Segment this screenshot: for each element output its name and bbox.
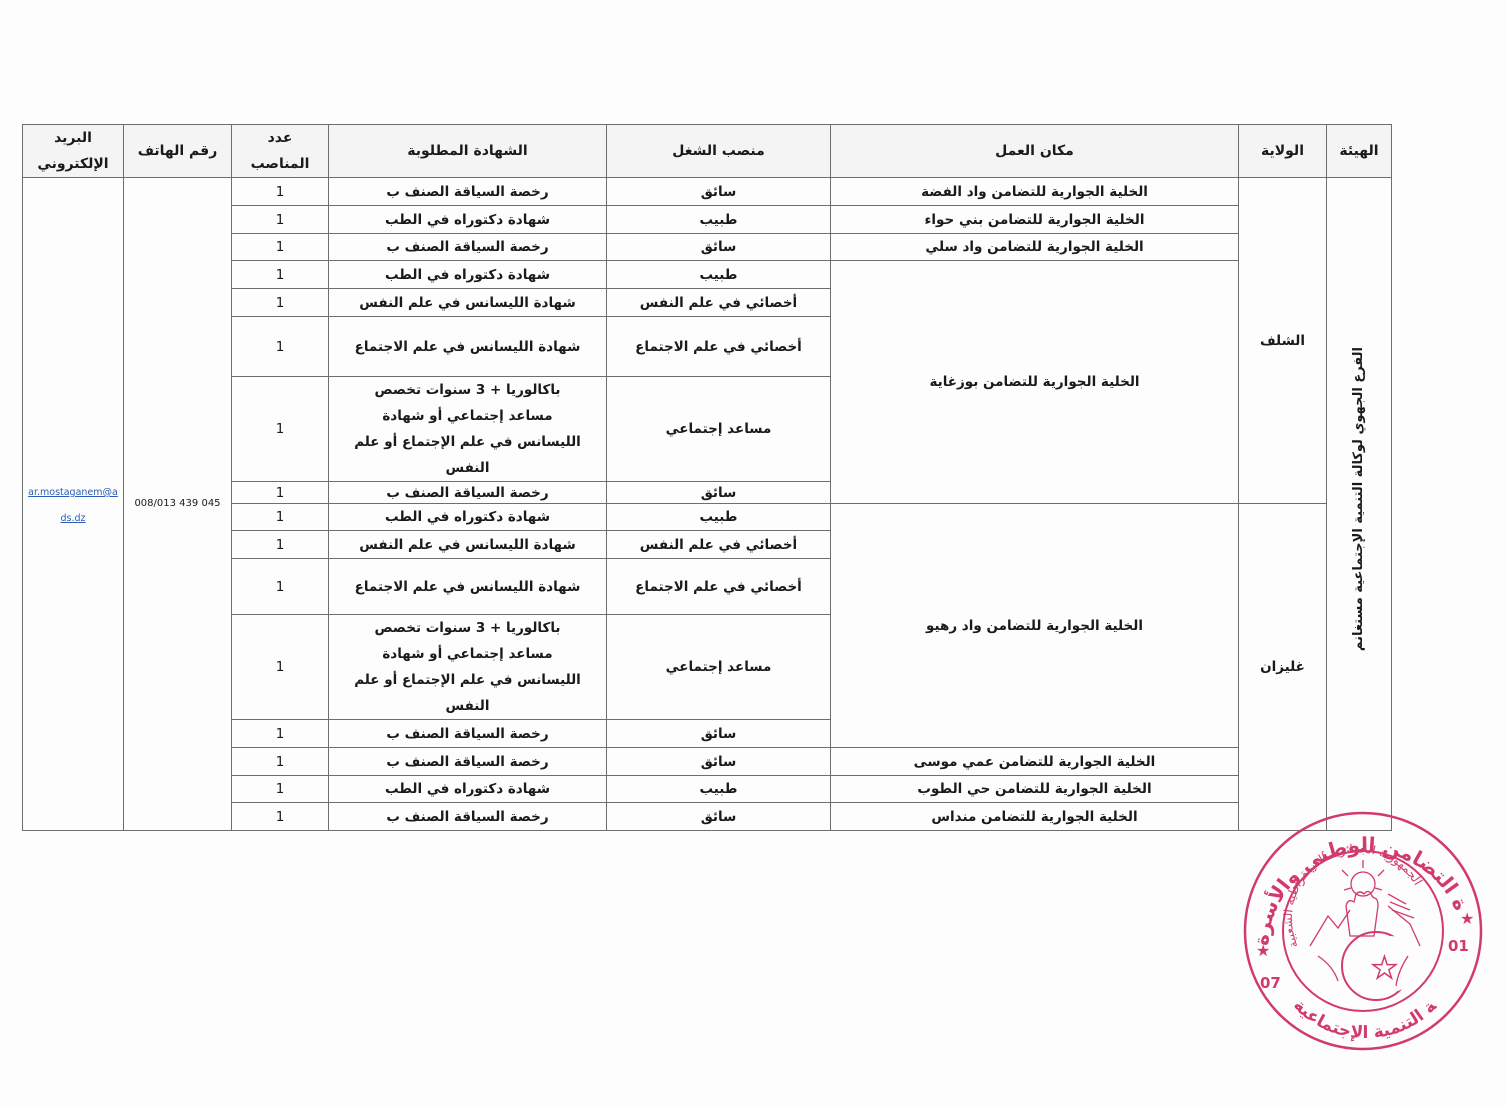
place-cell: الخلية الجوارية للتضامن بوزغاية (831, 261, 1239, 504)
place-cell: الخلية الجوارية للتضامن عمي موسى (831, 748, 1239, 776)
count-cell: 1 (232, 261, 329, 289)
count-cell: 1 (232, 748, 329, 776)
post-cell: طبيب (607, 776, 831, 803)
cert-cell: شهادة دكتوراه في الطب (329, 776, 607, 803)
post-cell: مساعد إجتماعي (607, 377, 831, 482)
count-cell: 1 (232, 504, 329, 531)
job-offers-table: الهيئة الولاية مكان العمل منصب الشغل الش… (22, 124, 1392, 831)
place-cell: الخلية الجوارية للتضامن حي الطوب (831, 776, 1239, 803)
svg-text:★: ★ (1371, 951, 1398, 986)
header-email: البريد الإلكتروني (23, 125, 124, 178)
header-count: عدد المناصب (232, 125, 329, 178)
cert-cell: شهادة دكتوراه في الطب (329, 504, 607, 531)
cert-cell: شهادة الليسانس في علم الاجتماع (329, 317, 607, 377)
org-cell: الفرع الجهوي لوكالة التنمية الإجتماعية م… (1327, 178, 1392, 831)
cert-cell: رخصة السياقة الصنف ب (329, 720, 607, 748)
post-cell: طبيب (607, 261, 831, 289)
post-cell: سائق (607, 178, 831, 206)
cert-cell: رخصة السياقة الصنف ب (329, 234, 607, 261)
count-cell: 1 (232, 234, 329, 261)
count-cell: 1 (232, 531, 329, 559)
wilaya-cell: الشلف (1239, 178, 1327, 504)
cert-cell: رخصة السياقة الصنف ب (329, 803, 607, 831)
wilaya-cell: غليزان (1239, 504, 1327, 831)
header-post: منصب الشغل (607, 125, 831, 178)
stamp-outer-text: وزارة التضامن الوطني والأسرة (1238, 806, 1474, 947)
cert-cell: باكالوريا + 3 سنوات تخصص مساعد إجتماعي أ… (329, 615, 607, 720)
post-cell: طبيب (607, 206, 831, 234)
count-cell: 1 (232, 482, 329, 504)
cert-cell: شهادة الليسانس في علم النفس (329, 289, 607, 317)
post-cell: سائق (607, 482, 831, 504)
stamp-left-number: 07 (1260, 974, 1281, 992)
star-icon: ★ (1256, 941, 1270, 960)
post-cell: أخصائي في علم الاجتماع (607, 317, 831, 377)
header-phone: رقم الهاتف (124, 125, 232, 178)
count-cell: 1 (232, 803, 329, 831)
count-cell: 1 (232, 206, 329, 234)
stamp-right-number: 01 (1448, 937, 1469, 955)
count-cell: 1 (232, 178, 329, 206)
email-link[interactable]: ar.mostaganem@ads.dz (28, 487, 118, 524)
post-cell: أخصائي في علم النفس (607, 531, 831, 559)
post-cell: سائق (607, 748, 831, 776)
count-cell: 1 (232, 317, 329, 377)
cert-cell: شهادة الليسانس في علم الاجتماع (329, 559, 607, 615)
header-cert: الشهادة المطلوبة (329, 125, 607, 178)
cert-cell: رخصة السياقة الصنف ب (329, 482, 607, 504)
org-name: الفرع الجهوي لوكالة التنمية الإجتماعية م… (1346, 347, 1372, 651)
place-cell: الخلية الجوارية للتضامن واد سلي (831, 234, 1239, 261)
place-cell: الخلية الجوارية للتضامن بني حواء (831, 206, 1239, 234)
svg-text:وزارة التضامن الوطني والأسرة: وزارة التضامن الوطني والأسرة (1238, 806, 1474, 947)
post-cell: سائق (607, 234, 831, 261)
table-row: الفرع الجهوي لوكالة التنمية الإجتماعية م… (23, 178, 1392, 206)
star-icon: ★ (1460, 909, 1474, 928)
post-cell: أخصائي في علم النفس (607, 289, 831, 317)
document-page: الهيئة الولاية مكان العمل منصب الشغل الش… (0, 0, 1506, 1106)
cert-cell: شهادة دكتوراه في الطب (329, 206, 607, 234)
post-cell: مساعد إجتماعي (607, 615, 831, 720)
cert-cell: رخصة السياقة الصنف ب (329, 748, 607, 776)
post-cell: سائق (607, 803, 831, 831)
header-wilaya: الولاية (1239, 125, 1327, 178)
cert-cell: شهادة الليسانس في علم النفس (329, 531, 607, 559)
count-cell: 1 (232, 377, 329, 482)
count-cell: 1 (232, 720, 329, 748)
post-cell: سائق (607, 720, 831, 748)
phone-cell: 045 439 008/013 (124, 178, 232, 831)
header-org: الهيئة (1327, 125, 1392, 178)
place-cell: الخلية الجوارية للتضامن واد رهيو (831, 504, 1239, 748)
cert-cell: باكالوريا + 3 سنوات تخصص مساعد إجتماعي أ… (329, 377, 607, 482)
place-cell: الخلية الجوارية للتضامن واد الفضة (831, 178, 1239, 206)
crescent-star-icon: ★ (1342, 932, 1418, 1000)
count-cell: 1 (232, 776, 329, 803)
post-cell: طبيب (607, 504, 831, 531)
post-cell: أخصائي في علم الاجتماع (607, 559, 831, 615)
cert-cell: شهادة دكتوراه في الطب (329, 261, 607, 289)
count-cell: 1 (232, 559, 329, 615)
table-header-row: الهيئة الولاية مكان العمل منصب الشغل الش… (23, 125, 1392, 178)
official-stamp: وزارة التضامن الوطني والأسرة وكالة التنم… (1238, 806, 1488, 1056)
email-cell: ar.mostaganem@ads.dz (23, 178, 124, 831)
count-cell: 1 (232, 289, 329, 317)
header-place: مكان العمل (831, 125, 1239, 178)
place-cell: الخلية الجوارية للتضامن منداس (831, 803, 1239, 831)
cert-cell: رخصة السياقة الصنف ب (329, 178, 607, 206)
count-cell: 1 (232, 615, 329, 720)
